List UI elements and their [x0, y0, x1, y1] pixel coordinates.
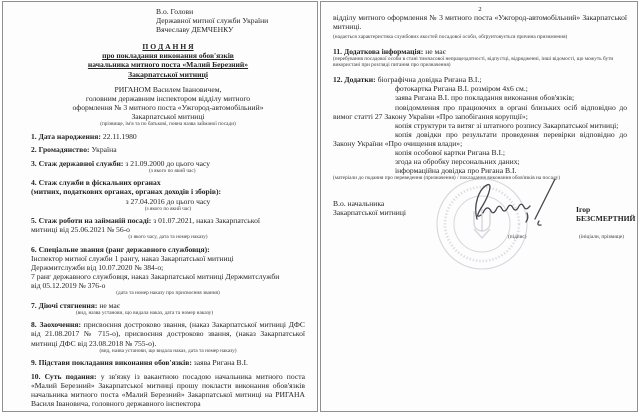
title-line: начальника митного поста «Малий Березний…: [31, 60, 305, 69]
section-label: 11. Додаткова інформація:: [333, 47, 423, 56]
subject-line: головним державним інспектором відділу м…: [31, 94, 305, 103]
section-label: 9. Підстави покладання виконання обов'яз…: [31, 358, 192, 367]
section-label: 5. Стаж роботи на займаній посаді:: [31, 216, 151, 225]
section-3-civil-service: 3. Стаж державної служби: з 21.09.2000 д…: [31, 159, 305, 174]
signature-caption: (підпис): [508, 233, 527, 242]
section-label: 3. Стаж державної служби:: [31, 159, 123, 168]
section-value-line: митниці від 25.06.2021 № 56-о: [31, 225, 305, 234]
section-8-awards: 8. Заохочення: присвоєння достроково зва…: [31, 320, 305, 353]
page-1: В.о. Голови Державної митної служби Укра…: [2, 1, 318, 412]
attachment-item: біографічна довідка Ригана В.І.;: [378, 75, 482, 84]
section-label: 4. Стаж служби в фіскальних органах: [31, 178, 305, 187]
section-label: 2. Громадянство:: [31, 145, 90, 154]
section-11-additional-info: 11. Додаткова інформація: не має (перебу…: [333, 47, 627, 68]
attachment-item: інформаційна довідка про Ригана В.І.: [333, 166, 627, 175]
continuation-caption: (надається характеристика службових якос…: [333, 34, 627, 40]
section-value: з 01.07.2021, наказ Закарпатської: [153, 216, 260, 225]
section-label: 12. Додатки:: [333, 75, 376, 84]
attachment-item: згода на обробку персональних даних;: [333, 157, 627, 166]
section-5-current-position: 5. Стаж роботи на займаній посаді: з 01.…: [31, 216, 305, 240]
subject-caption: (прізвище, ім'я та по батькові, повна на…: [31, 121, 305, 127]
section-12-attachments: 12. Додатки: біографічна довідка Ригана …: [333, 75, 627, 181]
section-label: (митних, податкових органах, органах дох…: [31, 187, 305, 196]
continuation-paragraph: відділу митного оформлення № 3 митного п…: [333, 13, 627, 31]
title-line: П О Д А Н Н Я: [31, 42, 305, 51]
section-value-line: Інспектор митної служби 1 рангу, наказ З…: [31, 254, 305, 263]
section-label: 1. Дата народження:: [31, 132, 101, 141]
section-value: заява Ригана В.І.: [194, 358, 248, 367]
subject-line: РИГАНОМ Василем Івановичем,: [31, 85, 305, 94]
section-value: Україна: [91, 145, 116, 154]
section-caption: (з якого по який час): [149, 168, 305, 174]
section-value-line: Держмитслужби від 10.07.2020 № 384-о;: [31, 263, 305, 272]
section-label: 7. Діючі стягнення:: [31, 301, 97, 310]
addressee-line: Вячеславу ДЕМЧЕНКУ: [156, 25, 305, 34]
section-label: 10. Суть подання:: [31, 372, 97, 381]
section-9-grounds: 9. Підстави покладання виконання обов'яз…: [31, 358, 305, 367]
attachment-item: заява Ригана В.І. про покладання виконан…: [333, 93, 627, 102]
section-caption: (вид, назва установи, що видала наказ, д…: [31, 348, 305, 354]
attachment-item: повідомлення про працюючих в органі близ…: [333, 103, 627, 121]
signature-block: В.о. начальника Закарпатської митниці: [333, 189, 627, 359]
section-1-birthdate: 1. Дата народження: 22.11.1980: [31, 132, 305, 141]
page-number: 2: [333, 6, 627, 13]
section-caption: (дата та номер наказу про присвоєння зва…: [31, 290, 305, 296]
section-value: не має: [99, 301, 120, 310]
title-line: Закарпатської митниці: [31, 70, 305, 79]
section-value: з 27.04.2016 до цього часу: [31, 197, 305, 206]
section-7-sanctions: 7. Діючі стягнення: не має (вид, назва у…: [31, 301, 305, 316]
section-2-citizenship: 2. Громадянство: Україна: [31, 145, 305, 154]
section-caption: (з якого часу, дата та номер наказу): [31, 234, 305, 240]
section-value-line: від 05.12.2019 № 376-о: [31, 281, 305, 290]
section-label: 6. Спеціальне звання (ранг державного сл…: [31, 245, 305, 254]
section-value: 22.11.1980: [103, 132, 137, 141]
document-scan: В.о. Голови Державної митної служби Укра…: [0, 0, 640, 413]
signer-role: В.о. начальника Закарпатської митниці: [333, 199, 406, 217]
section-value-line: 7 ранг державного службовця, наказ Закар…: [31, 272, 305, 281]
section-value: не має: [425, 47, 446, 56]
section-caption: (вид, назва установи, що видала наказ, д…: [76, 310, 305, 316]
section-6-special-rank: 6. Спеціальне звання (ранг державного сл…: [31, 245, 305, 296]
section-caption: (перебування посадової особи в стані тим…: [333, 56, 627, 68]
section-caption: (з якого по який час): [31, 206, 305, 212]
subject-line: Закарпатської митниці: [31, 112, 305, 121]
attachment-item: копія структури та витяг зі штатного роз…: [333, 121, 627, 130]
page-2: 2 відділу митного оформлення № 3 митного…: [320, 1, 638, 412]
signer-role-line: В.о. начальника: [333, 199, 406, 208]
attachment-item: копія довідки про результати проведення …: [333, 130, 627, 148]
title-line: про покладання виконання обов'язків: [31, 51, 305, 60]
signer-name-caption: (ініціали, прізвище): [579, 233, 624, 242]
document-title: П О Д А Н Н Я про покладання виконання о…: [31, 42, 305, 78]
attachment-item: фотокартка Ригана В.І. розміром 4х6 см.;: [333, 84, 627, 93]
addressee-block: В.о. Голови Державної митної служби Укра…: [156, 7, 305, 34]
subject-block: РИГАНОМ Василем Івановичем, головним дер…: [31, 85, 305, 127]
signer-role-line: Закарпатської митниці: [333, 208, 406, 217]
section-10-essence: 10. Суть подання: у зв'язку із вакантною…: [31, 372, 305, 408]
addressee-line: В.о. Голови: [156, 7, 305, 16]
signer-name: Ігор БЕЗСМЕРТНИЙ: [576, 205, 635, 223]
section-label: 8. Заохочення:: [31, 320, 81, 329]
addressee-line: Державної митної служби України: [156, 16, 305, 25]
section-4-fiscal-service: 4. Стаж служби в фіскальних органах (мит…: [31, 178, 305, 211]
subject-line: оформлення № 3 митного поста «Ужгород-ав…: [31, 103, 305, 112]
section-value: з 21.09.2000 до цього часу: [125, 159, 210, 168]
attachment-item: копія особової картки Ригана В.І.;: [333, 148, 627, 157]
